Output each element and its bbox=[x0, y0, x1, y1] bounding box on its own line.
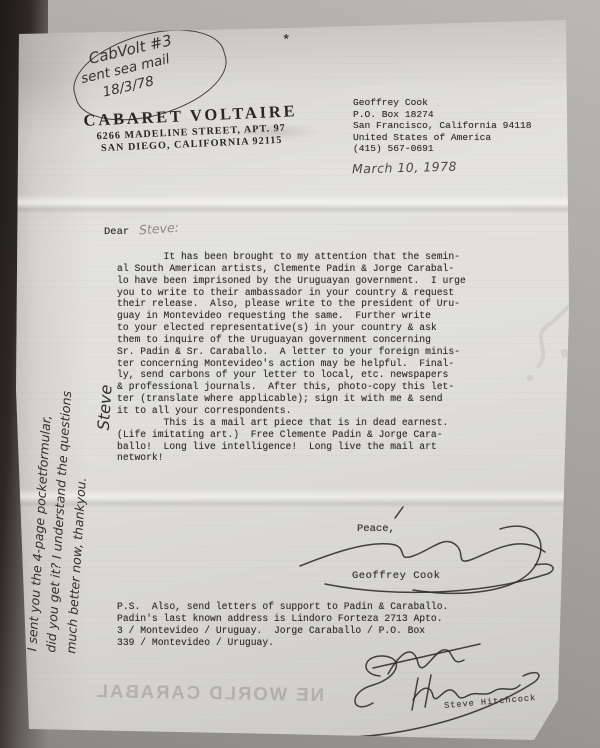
signer-typed-name: Geoffrey Cook bbox=[352, 570, 440, 582]
steve-hitchcock-signature bbox=[318, 628, 568, 748]
sender-address-block: Geoffrey Cook P.O. Box 18274 San Francis… bbox=[353, 97, 531, 155]
fold-crease-top bbox=[0, 194, 600, 214]
salutation-name-handwritten: Steve: bbox=[139, 220, 180, 238]
handwritten-date: March 10, 1978 bbox=[352, 159, 457, 177]
salutation-typed: Dear bbox=[104, 226, 129, 238]
letter-body: It has been brought to my attention that… bbox=[117, 251, 466, 464]
photo-of-letter: NE WORLD CARABAL CabVolt #3 sent sea mai… bbox=[0, 0, 600, 748]
letter-paper: NE WORLD CARABAL CabVolt #3 sent sea mai… bbox=[0, 0, 600, 748]
ink-bleedthrough-swirl bbox=[505, 258, 600, 388]
mirrored-bleedthrough-text: NE WORLD CARABAL bbox=[86, 680, 324, 706]
asterisk-mark: * bbox=[282, 33, 290, 49]
